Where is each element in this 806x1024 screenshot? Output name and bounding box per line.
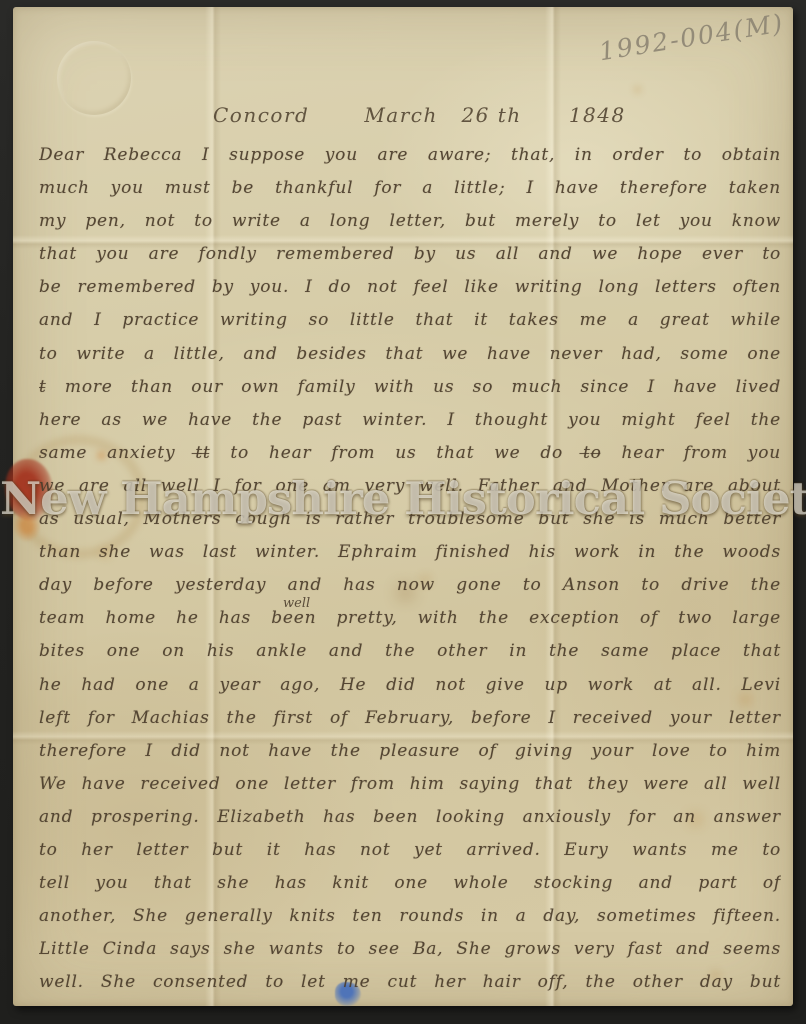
watermark-text: New Hampshire Historical Society [0,472,806,528]
accession-number: 1992-004(M) [597,5,806,66]
letter-line: my pen, not to write a long letter, but … [39,205,781,238]
letter-line: bites one on his ankle and the other in … [39,635,781,668]
letter-line: team home he has been pretty, with the e… [39,602,781,635]
letter-line: to write a little, and besides that we h… [39,338,781,371]
letter-line: well. She consented to let me cut her ha… [39,966,781,999]
scanned-letter-page: 1992-004(M) Concord March 26 th 1848 Dea… [0,0,806,1024]
letter-line: therefore I did not have the pleasure of… [39,735,781,768]
letter-line: he had one a year ago, He did not give u… [39,669,781,702]
inserted-word: well [283,596,310,611]
letter-dateline: Concord March 26 th 1848 [213,103,773,127]
letter-line: another, She generally knits ten rounds … [39,900,781,933]
letter-line: Little Cinda says she wants to see Ba, S… [39,933,781,966]
letter-line: much you must be thankful for a little; … [39,172,781,205]
letter-line: Dear Rebecca I suppose you are aware; th… [39,139,781,172]
letter-line: than she was last winter. Ephraim finish… [39,536,781,569]
letter-line: We have received one letter from him say… [39,768,781,801]
letter-line: t̶ more than our own family with us so m… [39,371,781,404]
letter-line: day before yesterday and has now gone to… [39,569,781,602]
letter-line: be remembered by you. I do not feel like… [39,271,781,304]
letter-line: to her letter but it has not yet arrived… [39,834,781,867]
foxing-spots [13,7,14,8]
letter-line: left for Machias the first of February, … [39,702,781,735]
letter-line: same anxiety t̶t̶ to hear from us that w… [39,437,781,470]
letter-line: and prospering. Elizabeth has been looki… [39,801,781,834]
letter-body: Dear Rebecca I suppose you are aware; th… [39,139,781,999]
letter-line: and I practice writing so little that it… [39,304,781,337]
letter-line: that you are fondly remembered by us all… [39,238,781,271]
letter-line: here as we have the past winter. I thoug… [39,404,781,437]
embossed-seal [57,41,131,115]
letter-line: tell you that she has knit one whole sto… [39,867,781,900]
